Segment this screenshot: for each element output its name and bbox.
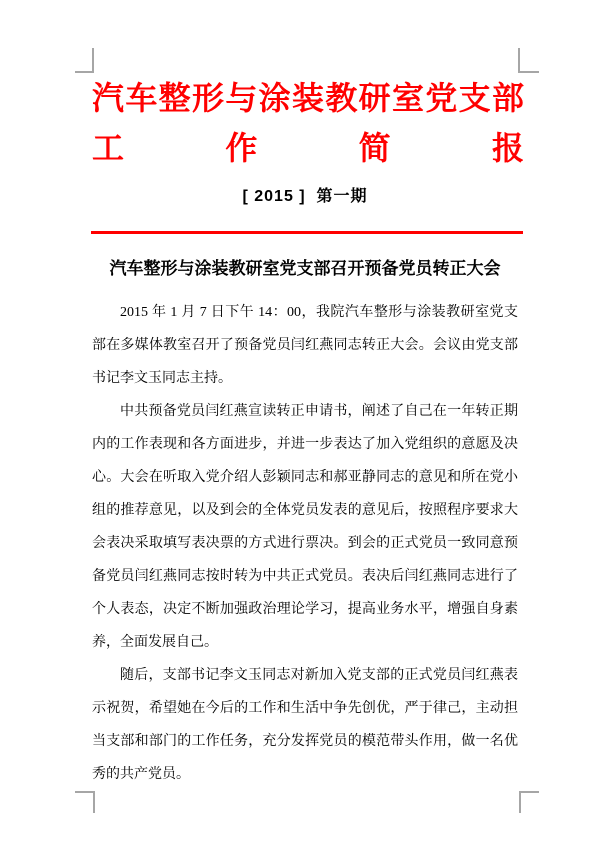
issue-number-line: [ 2015 ] 第一期 [92,187,518,207]
article-body: 2015 年 1 月 7 日下午 14：00，我院汽车整形与涂装教研室党支部在多… [92,296,518,791]
masthead: 汽车整形与涂装教研室党支部 工作简报 [92,73,518,173]
masthead-title-line1: 汽车整形与涂装教研室党支部 [92,73,524,123]
margin-crop-mark-top-left [75,48,94,73]
margin-crop-mark-bottom-right [519,791,539,813]
document-page: 汽车整形与涂装教研室党支部 工作简报 [ 2015 ] 第一期 汽车整形与涂装教… [0,0,610,863]
article-paragraph-2: 中共预备党员闫红燕宣读转正申请书，阐述了自己在一年转正期内的工作表现和各方面进步… [92,395,518,659]
red-divider-line [91,231,523,234]
article-paragraph-1: 2015 年 1 月 7 日下午 14：00，我院汽车整形与涂装教研室党支部在多… [92,296,518,395]
margin-crop-mark-bottom-left [75,791,95,813]
page-content: 汽车整形与涂装教研室党支部 工作简报 [ 2015 ] 第一期 汽车整形与涂装教… [92,71,518,791]
margin-crop-mark-top-right [518,48,539,73]
article-heading: 汽车整形与涂装教研室党支部召开预备党员转正大会 [92,256,518,282]
masthead-title-line2: 工作简报 [92,123,524,173]
article-paragraph-3: 随后，支部书记李文玉同志对新加入党支部的正式党员闫红燕表示祝贺，希望她在今后的工… [92,659,518,791]
